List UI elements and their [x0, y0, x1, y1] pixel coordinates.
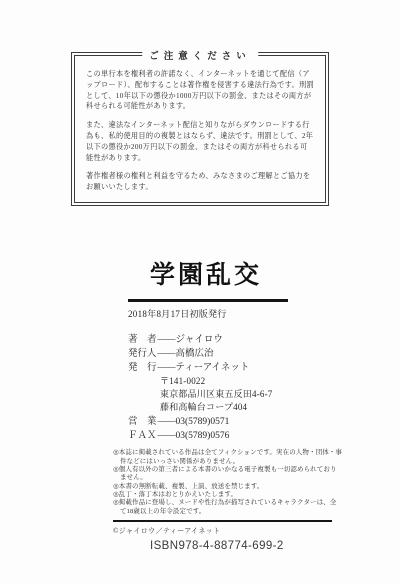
edition-date: 2018年8月17日初版発行 [128, 307, 360, 320]
credit-value: ジャイロウ [176, 335, 223, 345]
credit-label: 発 行 [128, 363, 157, 373]
notice-box: ご注意ください この単行本を権利者の許諾なく、インターネットを通じて配信（アップ… [71, 52, 329, 206]
colophon-page: ご注意ください この単行本を権利者の許諾なく、インターネットを通じて配信（アップ… [0, 0, 400, 583]
colophon-note-reproduction: ◎本書の無断転載、複製、上演、放送を禁じます。 [113, 483, 342, 491]
copyright-line: ©ジャイロウ／ティーアイネット [113, 526, 360, 536]
isbn: ISBN978-4-88774-699-2 [150, 540, 360, 552]
title-rule [128, 299, 288, 302]
publisher-address: 〒141-0022 東京都品川区東五反田4-6-7 藤和高輪台コープ404 [160, 375, 360, 414]
contact-value: 03(5789)0571 [176, 417, 230, 427]
credit-separator: —— [157, 349, 176, 359]
notice-paragraph-download: また、違法なインターネット配信と知りながらダウンロードする行為も、私的使用目的の… [86, 120, 314, 163]
notice-title: ご注意ください [142, 48, 258, 62]
colophon-note-digital-copy: ◎個人有以外の第三者による本書のいかなる電子複製も一切認められておりません。 [113, 466, 342, 483]
copyright-notice-section: ご注意ください この単行本を権利者の許諾なく、インターネットを通じて配信（アップ… [71, 52, 329, 206]
credit-row-author: 著 者——ジャイロウ [128, 333, 360, 347]
credit-label: 発行人 [128, 349, 157, 359]
colophon-note-fiction: ◎本誌に掲載されている作品は全てフィクションです。実在の人物・団体・事件などには… [113, 449, 342, 466]
contacts-list: 営 業——03(5789)0571 ＦＡＸ——03(5789)0576 [128, 415, 360, 443]
credit-row-publisher: 発 行——ティーアイネット [128, 361, 360, 375]
colophon-notes: ◎本誌に掲載されている作品は全てフィクションです。実在の人物・団体・事件などには… [113, 449, 360, 515]
notice-paragraph-cooperation: 著作権者様の権利と利益を守るため、みなさまのご理解とご協力をお願いいたします。 [86, 171, 314, 193]
credit-separator: —— [157, 363, 176, 373]
contact-separator: —— [157, 431, 176, 441]
colophon-section: 学園乱交 2018年8月17日初版発行 著 者——ジャイロウ 発行人——高橋広治… [0, 262, 400, 552]
notice-paragraph-upload: この単行本を権利者の許諾なく、インターネットを通じて配信（アップロード）、配布す… [86, 69, 314, 112]
credit-value: ティーアイネット [176, 363, 250, 373]
credits-list: 著 者——ジャイロウ 発行人——高橋広治 発 行——ティーアイネット [128, 333, 360, 375]
divider-rule [113, 520, 332, 522]
contact-separator: —— [157, 417, 176, 427]
colophon-note-defective-copy: ◎乱丁・落丁本はおとりかえいたします。 [113, 491, 342, 499]
colophon-note-age-statement: ◎掲載作品に登場し、ヌードや性行為が描写されているキャラクターは、全て18歳以上… [113, 499, 342, 516]
contact-value: 03(5789)0576 [176, 431, 230, 441]
contact-row-sales: 営 業——03(5789)0571 [128, 415, 360, 429]
credit-label: 著 者 [128, 335, 157, 345]
credit-separator: —— [157, 335, 176, 345]
contact-row-fax: ＦＡＸ——03(5789)0576 [128, 429, 360, 443]
credit-row-issuer: 発行人——高橋広治 [128, 347, 360, 361]
contact-label: ＦＡＸ [128, 431, 157, 441]
book-title: 学園乱交 [150, 262, 360, 290]
address-line: 東京都品川区東五反田4-6-7 [160, 388, 360, 401]
postal-code: 〒141-0022 [160, 375, 360, 388]
contact-label: 営 業 [128, 417, 157, 427]
credit-value: 高橋広治 [176, 349, 214, 359]
address-line: 藤和高輪台コープ404 [160, 401, 360, 414]
